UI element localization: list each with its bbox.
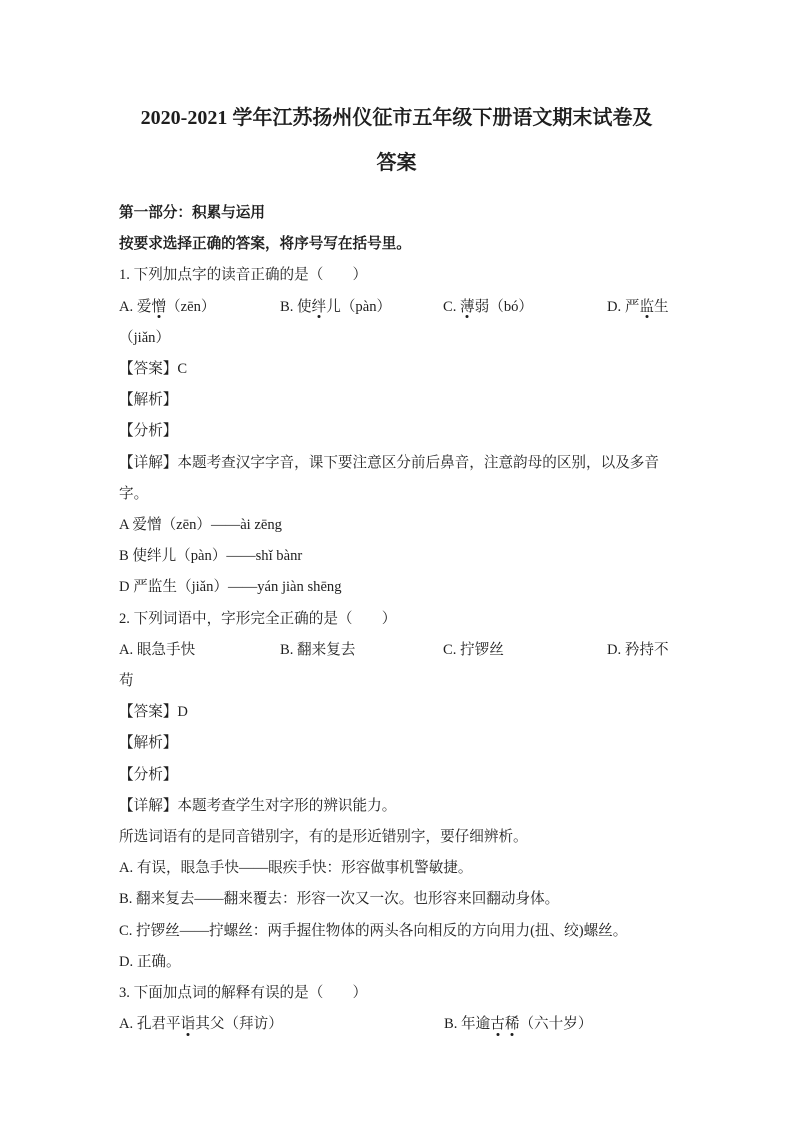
option-item: C. 拧锣丝: [443, 635, 607, 666]
option-text: C. 拧锣丝: [443, 642, 504, 658]
option-text: B. 年逾: [444, 1016, 490, 1032]
document-line: 1. 下列加点字的读音正确的是（ ）: [119, 260, 674, 291]
option-text: D. 矜持不: [607, 642, 669, 658]
option-text: B. 使: [280, 299, 312, 315]
document-line: A 爱憎（zēn）——ài zēng: [119, 510, 674, 541]
emphasis-dot-char: 憎: [151, 299, 166, 315]
option-item: A. 眼急手快: [119, 635, 280, 666]
emphasis-dot-char: 绊: [312, 299, 327, 315]
option-text: （zēn）: [166, 299, 215, 315]
document-line: 【解析】: [119, 385, 674, 416]
option-item: B. 使绊儿（pàn）: [280, 292, 443, 323]
document-line: 第一部分：积累与运用: [119, 198, 674, 229]
document-line: （jiǎn）: [119, 323, 674, 354]
option-text: C.: [443, 299, 460, 315]
option-text: 弱（bó）: [475, 299, 533, 315]
option-text: A. 眼急手快: [119, 642, 195, 658]
emphasis-dot-char: 监: [639, 299, 654, 315]
document-line: 【答案】C: [119, 354, 674, 385]
exam-paper-page: 2020-2021 学年江苏扬州仪征市五年级下册语文期末试卷及 答案 第一部分：…: [0, 0, 793, 1122]
option-text: D. 严: [607, 299, 639, 315]
option-row: A. 眼急手快B. 翻来复去C. 拧锣丝D. 矜持不: [119, 635, 674, 666]
emphasis-dot-char: 薄: [460, 299, 475, 315]
document-line: 【分析】: [119, 416, 674, 447]
document-line: 按要求选择正确的答案，将序号写在括号里。: [119, 229, 674, 260]
option-item: B. 翻来复去: [280, 635, 443, 666]
option-item: C. 薄弱（bó）: [443, 292, 607, 323]
option-item: D. 严监生: [607, 292, 669, 323]
option-text: 其父（拜访）: [195, 1016, 283, 1032]
option-text: 儿（pàn）: [326, 299, 391, 315]
document-line: 2. 下列词语中，字形完全正确的是（ ）: [119, 604, 674, 635]
document-line: 【解析】: [119, 728, 674, 759]
option-text: B. 翻来复去: [280, 642, 355, 658]
exam-title: 2020-2021 学年江苏扬州仪征市五年级下册语文期末试卷及 答案: [119, 96, 674, 186]
option-row: A. 孔君平诣其父（拜访）B. 年逾古稀（六十岁）: [119, 1009, 674, 1040]
option-text: A. 孔君平: [119, 1016, 181, 1032]
option-item: A. 爱憎（zēn）: [119, 292, 280, 323]
document-line: 所选词语有的是同音错别字，有的是形近错别字，要仔细辨析。: [119, 822, 674, 853]
exam-title-line1: 2020-2021 学年江苏扬州仪征市五年级下册语文期末试卷及: [119, 96, 674, 141]
emphasis-dot-char: 稀: [505, 1016, 520, 1032]
document-line: B. 翻来复去——翻来覆去：形容一次又一次。也形容来回翻动身体。: [119, 884, 674, 915]
option-item: A. 孔君平诣其父（拜访）: [119, 1009, 444, 1040]
emphasis-dot-char: 古: [490, 1016, 505, 1032]
document-line: C. 拧锣丝——拧螺丝：两手握住物体的两头各向相反的方向用力(扭、绞)螺丝。: [119, 916, 674, 947]
document-line: 【答案】D: [119, 697, 674, 728]
document-line: 【详解】本题考查学生对字形的辨识能力。: [119, 791, 674, 822]
document-line: D. 正确。: [119, 947, 674, 978]
document-line: 3. 下面加点词的解释有误的是（ ）: [119, 978, 674, 1009]
page-content: 2020-2021 学年江苏扬州仪征市五年级下册语文期末试卷及 答案 第一部分：…: [0, 0, 793, 1040]
emphasis-dot-char: 诣: [181, 1016, 196, 1032]
document-line: 【分析】: [119, 760, 674, 791]
exam-title-line2: 答案: [119, 141, 674, 186]
option-item: B. 年逾古稀（六十岁）: [444, 1009, 592, 1040]
document-body: 第一部分：积累与运用按要求选择正确的答案，将序号写在括号里。1. 下列加点字的读…: [119, 198, 674, 1040]
document-line: B 使绊儿（pàn）——shǐ bànr: [119, 541, 674, 572]
document-line: A. 有误，眼急手快——眼疾手快：形容做事机警敏捷。: [119, 853, 674, 884]
document-line: D 严监生（jiǎn）——yán jiàn shēng: [119, 572, 674, 603]
document-line: 【详解】本题考查汉字字音，课下要注意区分前后鼻音，注意韵母的区别，以及多音字。: [119, 448, 674, 510]
option-text: A. 爱: [119, 299, 151, 315]
option-text: 生: [654, 299, 669, 315]
option-text: （六十岁）: [519, 1016, 592, 1032]
option-row: A. 爱憎（zēn）B. 使绊儿（pàn）C. 薄弱（bó）D. 严监生: [119, 292, 674, 323]
document-line: 苟: [119, 666, 674, 697]
option-item: D. 矜持不: [607, 635, 669, 666]
